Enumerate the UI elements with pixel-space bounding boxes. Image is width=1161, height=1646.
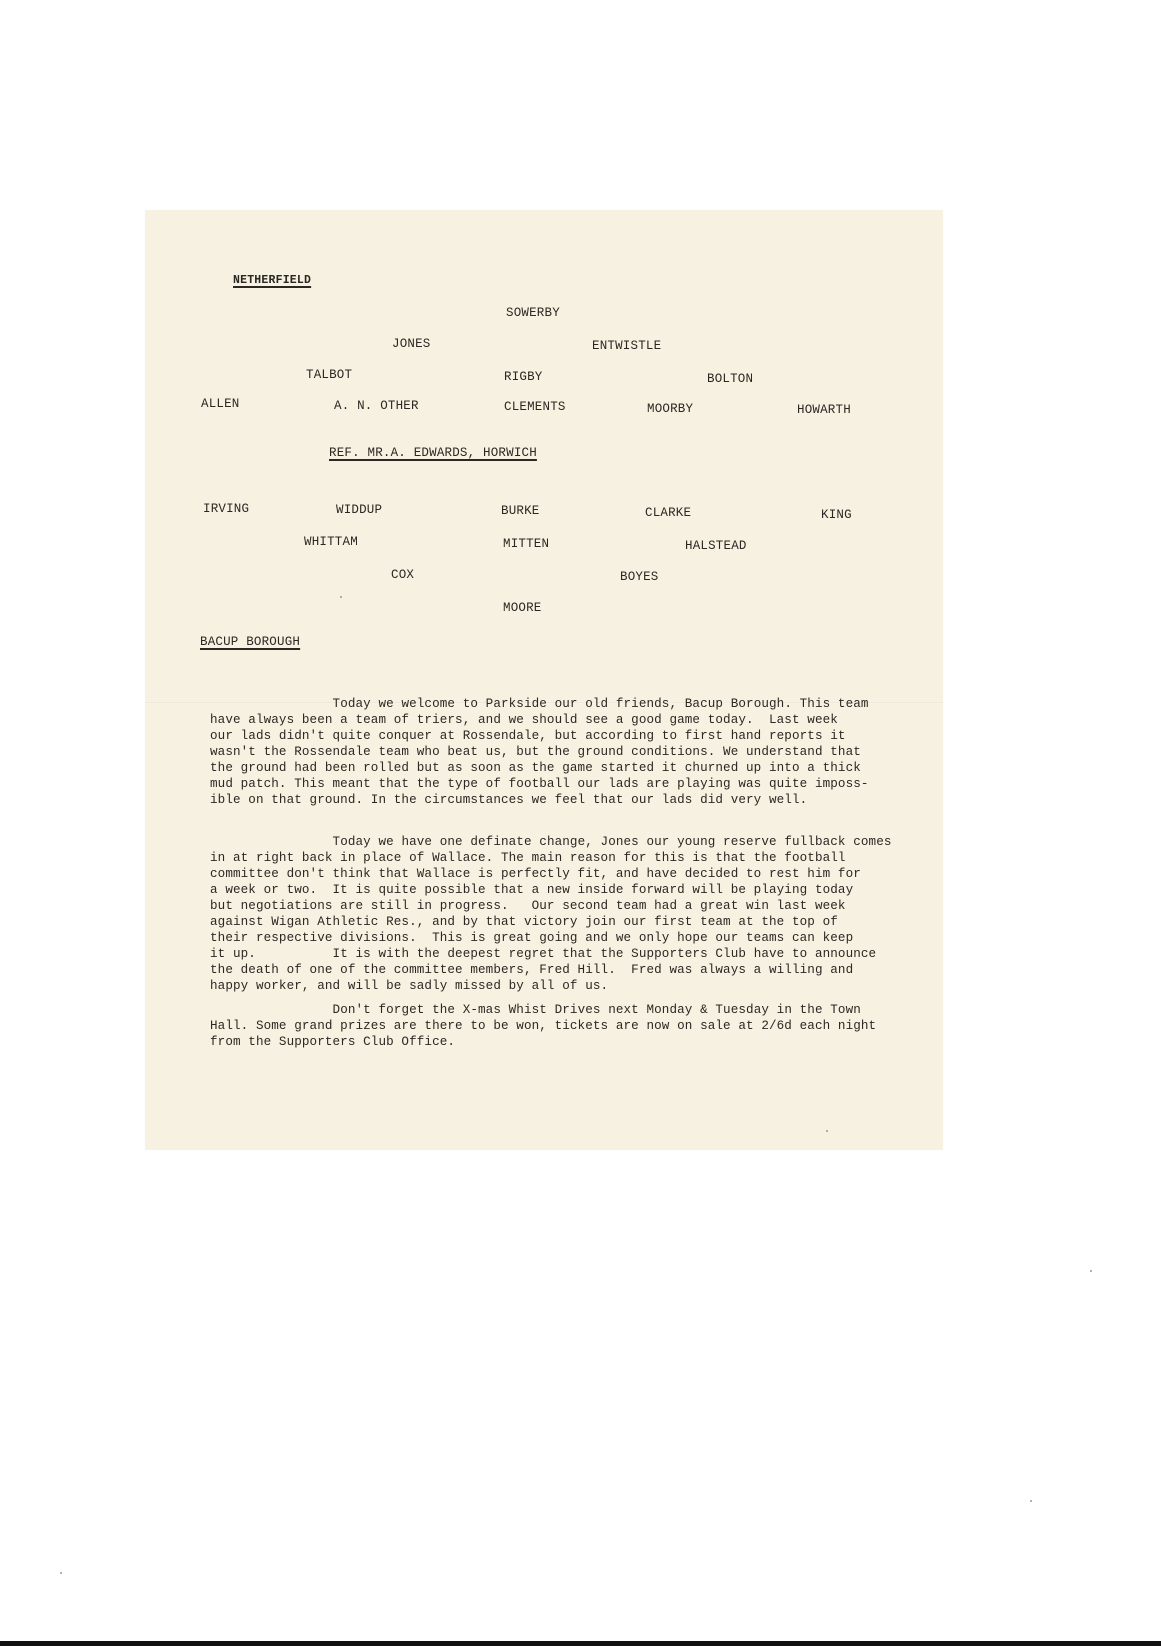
player-name: WIDDUP (336, 503, 382, 517)
speck (340, 596, 342, 598)
player-name: WHITTAM (304, 535, 358, 549)
player-name: CLARKE (645, 506, 691, 520)
player-name: MOORBY (647, 402, 693, 416)
player-name: JONES (392, 337, 431, 351)
home-team-heading: NETHERFIELD (233, 274, 311, 287)
player-name: A. N. OTHER (334, 399, 419, 413)
player-name: BURKE (501, 504, 540, 518)
player-name: MITTEN (503, 537, 549, 551)
player-name: IRVING (203, 502, 249, 516)
speck (826, 1130, 828, 1132)
paragraph-welcome: Today we welcome to Parkside our old fri… (210, 696, 910, 808)
player-name: RIGBY (504, 370, 543, 384)
player-name: MOORE (503, 601, 542, 615)
player-name: ALLEN (201, 397, 240, 411)
speck (1030, 1500, 1032, 1502)
speck (60, 1572, 62, 1574)
paragraph-obituary: It is with the deepest regret that the S… (210, 946, 910, 994)
player-name: HALSTEAD (685, 539, 747, 553)
player-name: ENTWISTLE (592, 339, 661, 353)
player-name: KING (821, 508, 852, 522)
scan-edge-bar (0, 1641, 1161, 1646)
player-name: COX (391, 568, 414, 582)
referee-line: REF. MR.A. EDWARDS, HORWICH (329, 446, 537, 460)
player-name: CLEMENTS (504, 400, 566, 414)
player-name: SOWERBY (506, 306, 560, 320)
player-name: HOWARTH (797, 403, 851, 417)
paragraph-whist-drives: Don't forget the X-mas Whist Drives next… (210, 1002, 910, 1050)
speck (1090, 1270, 1092, 1272)
player-name: BOLTON (707, 372, 753, 386)
paragraph-team-news: Today we have one definate change, Jones… (210, 834, 910, 962)
away-team-heading: BACUP BOROUGH (200, 635, 300, 649)
player-name: BOYES (620, 570, 659, 584)
player-name: TALBOT (306, 368, 352, 382)
